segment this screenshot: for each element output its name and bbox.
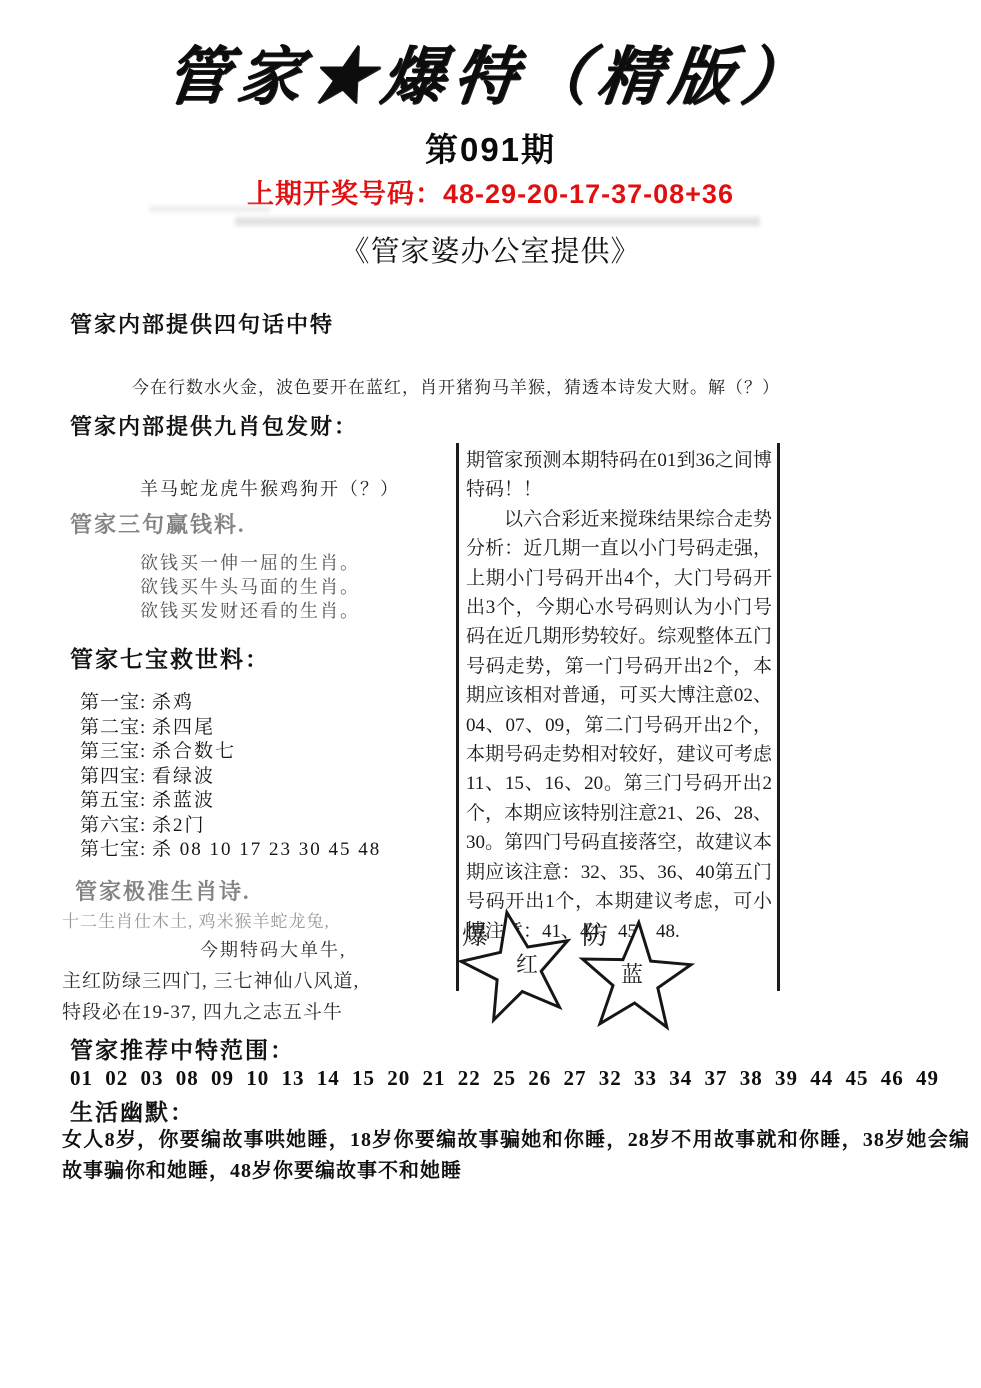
scan-smudge: [235, 217, 760, 226]
tipsheet-page: 管家★爆特（精版） 第091期 上期开奖号码：48-29-20-17-37-08…: [0, 0, 981, 1388]
treasure-row: 第一宝: 杀鸡: [80, 687, 381, 712]
section-heading-zodiac-poem: 管家极准生肖诗.: [75, 875, 251, 906]
prediction-intro: 期管家预测本期特码在01到36之间博特码！！: [466, 446, 772, 505]
treasure-row: 第七宝: 杀 08 10 17 23 30 45 48: [80, 834, 381, 859]
treasure-value: 杀合数七: [152, 736, 236, 761]
treasure-label: 第四宝:: [80, 761, 152, 786]
section-heading-four-sentence: 管家内部提供四句话中特: [70, 308, 334, 339]
section-heading-nine-zodiac: 管家内部提供九肖包发财：: [70, 410, 358, 441]
star-label-blue: 蓝: [621, 958, 643, 989]
zodiac-poem-line: 主红防绿三四门, 三七神仙八风道,: [62, 966, 359, 993]
issue-number: 第091期: [0, 124, 981, 171]
section-heading-recommend-range: 管家推荐中特范围：: [70, 1032, 295, 1065]
four-sentence-content: 今在行数水火金，波色要开在蓝红，肖开猪狗马羊猴，猜透本诗发大财。解（？）: [132, 373, 780, 398]
treasure-value: 杀2门: [152, 810, 206, 835]
last-draw-result: 上期开奖号码：48-29-20-17-37-08+36: [0, 172, 981, 211]
section-heading-seven-treasures: 管家七宝救世料：: [70, 641, 270, 674]
seven-treasures-list: 第一宝: 杀鸡 第二宝: 杀四尾 第三宝: 杀合数七 第四宝: 看绿波 第五宝:…: [80, 687, 381, 859]
treasure-value: 杀四尾: [152, 712, 215, 737]
star-label-guard: 防: [582, 915, 608, 952]
section-heading-humor: 生活幽默：: [70, 1094, 195, 1127]
treasure-value: 杀蓝波: [152, 785, 215, 810]
treasure-value: 看绿波: [152, 761, 215, 786]
treasure-label: 第二宝:: [80, 712, 152, 737]
treasure-row: 第五宝: 杀蓝波: [80, 785, 381, 810]
treasure-label: 第七宝:: [80, 834, 152, 859]
provider-line: 《管家婆办公室提供》: [0, 229, 981, 270]
zodiac-poem-line: 今期特码大单牛,: [200, 936, 347, 962]
treasure-row: 第四宝: 看绿波: [80, 761, 381, 786]
nine-zodiac-content: 羊马蛇龙虎牛猴鸡狗开（？）: [140, 475, 400, 501]
prediction-analysis: 以六合彩近来搅珠结果综合走势分析：近几期一直以小门号码走强，上期小门号码开出4个…: [466, 505, 772, 946]
treasure-label: 第六宝:: [80, 810, 152, 835]
money-tip-line: 欲钱买牛头马面的生肖。: [140, 575, 360, 599]
zodiac-poem-line: 十二生肖仕木土, 鸡米猴羊蛇龙兔,: [62, 907, 330, 932]
three-sentences-list: 欲钱买一伸一屈的生肖。 欲钱买牛头马面的生肖。 欲钱买发财还看的生肖。: [140, 551, 360, 623]
treasure-row: 第三宝: 杀合数七: [80, 736, 381, 761]
money-tip-line: 欲钱买发财还看的生肖。: [140, 599, 360, 623]
star-label-red: 红: [516, 948, 538, 979]
money-tip-line: 欲钱买一伸一屈的生肖。: [140, 551, 360, 575]
treasure-row: 第二宝: 杀四尾: [80, 712, 381, 737]
zodiac-poem-line: 特段必在19-37, 四九之志五斗牛: [62, 997, 343, 1024]
scan-smudge: [150, 206, 270, 212]
recommended-numbers: 01 02 03 08 09 10 13 14 15 20 21 22 25 2…: [70, 1066, 955, 1091]
treasure-label: 第五宝:: [80, 785, 152, 810]
page-title: 管家★爆特（精版）: [0, 26, 981, 117]
section-heading-three-sentences: 管家三句赢钱料.: [70, 508, 246, 539]
treasure-value: 杀鸡: [152, 687, 194, 712]
humor-content: 女人8岁，你要编故事哄她睡，18岁你要编故事骗她和你睡，28岁不用故事就和你睡，…: [62, 1125, 970, 1187]
treasure-row: 第六宝: 杀2门: [80, 810, 381, 835]
star-label-burst: 爆: [462, 915, 488, 952]
treasure-value: 杀 08 10 17 23 30 45 48: [152, 834, 381, 859]
treasure-label: 第三宝:: [80, 736, 152, 761]
treasure-label: 第一宝:: [80, 687, 152, 712]
